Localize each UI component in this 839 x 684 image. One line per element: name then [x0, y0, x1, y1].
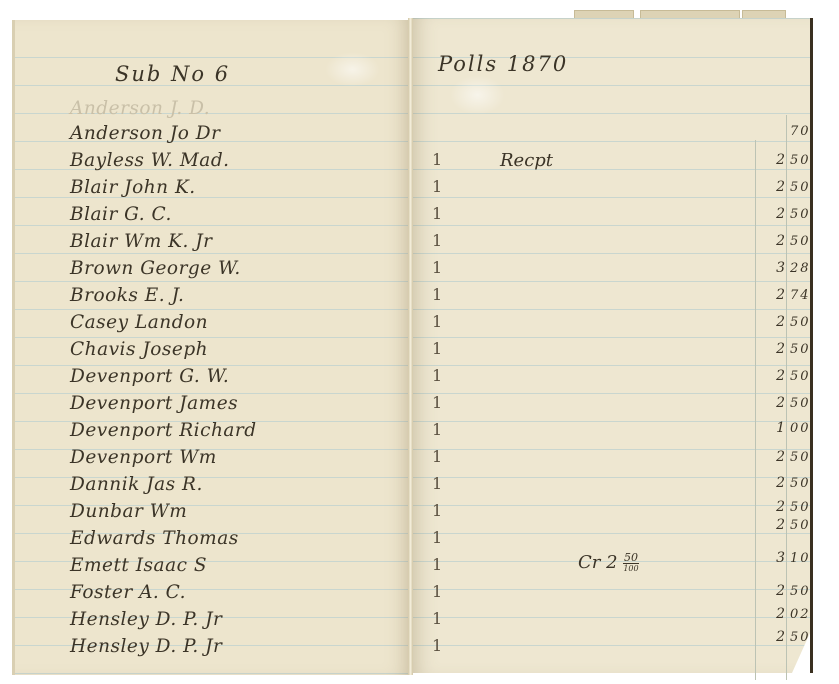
tick-mark: 1 — [432, 474, 442, 493]
tick-mark: 1 — [432, 420, 442, 439]
receipt-label: Recpt — [500, 150, 553, 171]
amount-dollars: 1 — [765, 420, 785, 436]
name-entry: Foster A. C. — [70, 582, 186, 603]
tick-mark: 1 — [432, 366, 442, 385]
tick-mark: 1 — [432, 312, 442, 331]
amount-cents: 50 — [790, 450, 811, 465]
amount-cents: 74 — [790, 288, 811, 303]
tick-mark: 1 — [432, 150, 442, 169]
name-entry: Devenport James — [70, 393, 238, 414]
name-entry: Blair Wm K. Jr — [70, 231, 212, 252]
name-entry: Dannik Jas R. — [70, 474, 203, 495]
name-entry: Hensley D. P. Jr — [70, 609, 222, 630]
amount-dollars: 2 — [765, 475, 785, 491]
amount-cents: 50 — [790, 500, 811, 515]
tick-mark: 1 — [432, 339, 442, 358]
amount-cents: 50 — [790, 476, 811, 491]
amount-cents: 50 — [790, 518, 811, 533]
ledger-book-spread: Sub No 6 Anderson J. D. Anderson Jo Dr B… — [0, 0, 839, 684]
name-entry: Casey Landon — [70, 312, 208, 333]
amount-cents: 50 — [790, 207, 811, 222]
credit-prefix: Cr — [578, 552, 600, 573]
name-entry: Brooks E. J. — [70, 285, 184, 306]
name-entry: Chavis Joseph — [70, 339, 208, 360]
amount-dollars: 3 — [765, 260, 785, 276]
amount-dollars: 2 — [765, 206, 785, 222]
amount-cents: 50 — [790, 180, 811, 195]
amount-dollars: 2 — [765, 152, 785, 168]
amount-dollars: 3 — [765, 550, 785, 566]
tick-mark: 1 — [432, 204, 442, 223]
amount-cents: 50 — [790, 234, 811, 249]
tick-mark: 1 — [432, 285, 442, 304]
name-entry: Bayless W. Mad. — [70, 150, 230, 171]
credit-note: Cr 2 50 100 — [578, 552, 639, 574]
tick-mark: 1 — [432, 393, 442, 412]
name-entry: Blair G. C. — [70, 204, 172, 225]
name-entry: Blair John K. — [70, 177, 196, 198]
name-entry: Emett Isaac S — [70, 555, 207, 576]
tick-mark: 1 — [432, 501, 442, 520]
amount-cents: 50 — [790, 369, 811, 384]
amount-dollars: 2 — [765, 368, 785, 384]
amount-dollars: 2 — [765, 499, 785, 515]
tick-mark: 1 — [432, 231, 442, 250]
credit-cents-fraction: 50 100 — [623, 553, 638, 574]
left-page-heading: Sub No 6 — [115, 62, 230, 86]
amount-cents: 10 — [790, 551, 811, 566]
amount-dollars: 2 — [765, 287, 785, 303]
amount-dollars: 2 — [765, 606, 785, 622]
amount-dollars: 2 — [765, 179, 785, 195]
amount-cents: 50 — [790, 153, 811, 168]
amount-dollars: 2 — [765, 395, 785, 411]
amount-cents: 28 — [790, 261, 811, 276]
right-page — [410, 18, 813, 673]
tick-mark: 1 — [432, 582, 442, 601]
tick-mark: 1 — [432, 258, 442, 277]
header-amount: 70 — [790, 124, 811, 139]
name-entry: Hensley D. P. Jr — [70, 636, 222, 657]
book-gutter — [408, 18, 413, 675]
amount-cents: 50 — [790, 342, 811, 357]
tick-mark: 1 — [432, 555, 442, 574]
amount-dollars: 2 — [765, 629, 785, 645]
right-page-heading: Polls 1870 — [438, 52, 568, 76]
amount-cents: 00 — [790, 421, 811, 436]
tick-mark: 1 — [432, 609, 442, 628]
tick-mark: 1 — [432, 177, 442, 196]
amount-cents: 50 — [790, 315, 811, 330]
embossed-seal — [450, 75, 505, 115]
name-entry: Devenport G. W. — [70, 366, 229, 387]
amount-cents: 50 — [790, 396, 811, 411]
tick-mark: 1 — [432, 636, 442, 655]
tick-mark: 1 — [432, 528, 442, 547]
tick-mark: 1 — [432, 447, 442, 466]
amount-dollars: 2 — [765, 583, 785, 599]
name-entry: Devenport Richard — [70, 420, 257, 441]
amount-cents: 50 — [790, 630, 811, 645]
amount-dollars: 2 — [765, 341, 785, 357]
cents-column-rule — [786, 115, 787, 680]
name-entry: Edwards Thomas — [70, 528, 239, 549]
faded-entry: Anderson J. D. — [70, 98, 210, 119]
amount-dollars: 2 — [765, 449, 785, 465]
embossed-seal — [325, 52, 380, 87]
amount-cents: 50 — [790, 584, 811, 599]
name-entry: Anderson Jo Dr — [70, 123, 220, 144]
name-entry: Dunbar Wm — [70, 501, 187, 522]
amount-dollars: 2 — [765, 314, 785, 330]
name-entry: Devenport Wm — [70, 447, 217, 468]
name-entry: Brown George W. — [70, 258, 241, 279]
amount-dollars: 2 — [765, 233, 785, 249]
amount-cents: 02 — [790, 607, 811, 622]
dollars-column-rule — [755, 140, 756, 680]
amount-dollars: 2 — [765, 517, 785, 533]
credit-dollars: 2 — [606, 552, 617, 573]
